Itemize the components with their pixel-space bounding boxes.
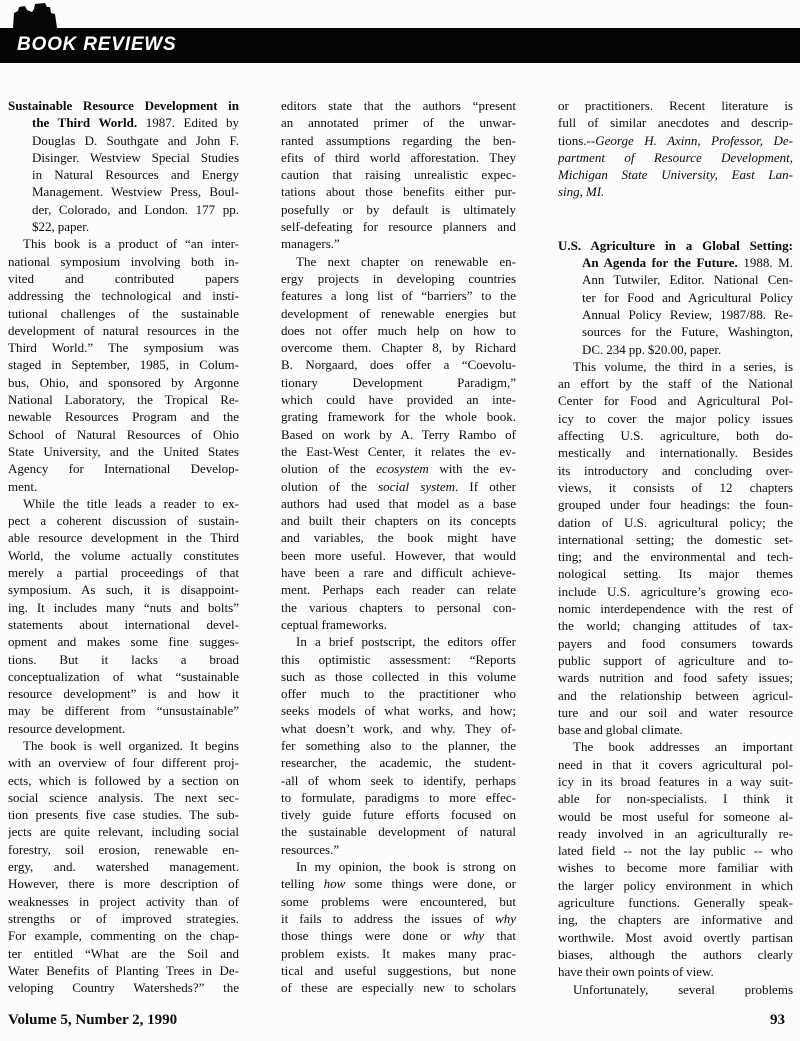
text-line: its introductory and concluding over- bbox=[558, 462, 793, 479]
text-line: tion presents five case studies. The sub… bbox=[8, 806, 239, 823]
text-line: Ann Tutwiler, Editor. National Cen- bbox=[558, 271, 793, 288]
text-line: icy in its broad features in a way suit- bbox=[558, 773, 793, 790]
text-line: veloping Country Watersheds?” the bbox=[8, 979, 239, 996]
text-line: does not offer much help on how to bbox=[281, 322, 516, 339]
text-line: posefully or by default is ultimately bbox=[281, 201, 516, 218]
text-line: offer much to the practitioner who bbox=[281, 685, 516, 702]
text-line: Based on work by A. Terry Rambo of bbox=[281, 426, 516, 443]
text-line: World, the volume actually constitutes bbox=[8, 547, 239, 564]
text-line: in Natural Resources and Energy bbox=[8, 166, 239, 183]
text-line: development of natural resources in the bbox=[8, 322, 239, 339]
text-line: weaknesses in project activity than of bbox=[8, 893, 239, 910]
text-line: efits of third world afforestation. They bbox=[281, 149, 516, 166]
text-line: would be most useful for someone al- bbox=[558, 808, 793, 825]
text-line: editors state that the authors “present bbox=[281, 97, 516, 114]
text-line: views, it consists of 12 chapters bbox=[558, 479, 793, 496]
text-line: tively guide future efforts focused on bbox=[281, 806, 516, 823]
text-line: Third World.” The symposium was bbox=[8, 339, 239, 356]
text-line: Douglas D. Southgate and John F. bbox=[8, 132, 239, 149]
text-line: B. Norgaard, does offer a “Coevolu- bbox=[281, 356, 516, 373]
text-line: or practitioners. Recent literature is bbox=[558, 97, 793, 114]
text-line: However, there is more description of bbox=[8, 875, 239, 892]
text-line: to formulate, paradigms to more effec- bbox=[281, 789, 516, 806]
text-line: the world; changing attitudes of tax- bbox=[558, 617, 793, 634]
text-line: been more useful. However, that would bbox=[281, 547, 516, 564]
text-line: tionary Development Paradigm,” bbox=[281, 374, 516, 391]
text-line: ment. Perhaps each reader can relate bbox=[281, 581, 516, 598]
text-line: ects, which is followed by a section on bbox=[8, 772, 239, 789]
text-line: In my opinion, the book is strong on bbox=[281, 858, 516, 875]
text-line: researcher, the academic, the student- bbox=[281, 754, 516, 771]
text-line: Michigan State University, East Lan- bbox=[558, 166, 793, 183]
text-line: olution of the social system. If other bbox=[281, 478, 516, 495]
text-line: include U.S. agriculture’s growing eco- bbox=[558, 583, 793, 600]
text-line: staged in September, 1985, in Colum- bbox=[8, 356, 239, 373]
text-line: ter entitled “What are the Soil and bbox=[8, 945, 239, 962]
text-line: resources.” bbox=[281, 841, 516, 858]
text-line: opment and makes some fine sugges- bbox=[8, 633, 239, 650]
text-line: development of renewable energies but bbox=[281, 305, 516, 322]
text-line: ter for Food and Agricultural Policy bbox=[558, 289, 793, 306]
text-line: some problems were encountered, but bbox=[281, 893, 516, 910]
text-line: problem exists. It makes many prac- bbox=[281, 945, 516, 962]
text-line: affecting U.S. agriculture, both do- bbox=[558, 427, 793, 444]
column-3: or practitioners. Recent literature isfu… bbox=[558, 97, 793, 998]
text-line: able resource development in the Third bbox=[8, 529, 239, 546]
text-line: with an overview of four different proj- bbox=[8, 754, 239, 771]
text-line: agriculture functions. Generally speak- bbox=[558, 894, 793, 911]
text-line: symposium. As such, it is disappoint- bbox=[8, 581, 239, 598]
text-line: wards nutrition and food safety issues; bbox=[558, 669, 793, 686]
text-line: it fails to address the issues of why bbox=[281, 910, 516, 927]
text-line bbox=[558, 219, 793, 237]
text-line: public support of agriculture and to- bbox=[558, 652, 793, 669]
text-line: caution that raising unrealistic expec- bbox=[281, 166, 516, 183]
text-line: resource development” is and how it bbox=[8, 685, 239, 702]
text-line: the larger policy environment in which bbox=[558, 877, 793, 894]
text-line: tations about those benefits either pur- bbox=[281, 183, 516, 200]
text-line: need in that it covers agricultural pol- bbox=[558, 756, 793, 773]
text-line: In a brief postscript, the editors offer bbox=[281, 633, 516, 650]
text-line: payers and food consumers towards bbox=[558, 635, 793, 652]
text-line: dation of U.S. agricultural policy; the bbox=[558, 514, 793, 531]
text-line: an effort by the staff of the National bbox=[558, 375, 793, 392]
text-line: vited and contributed papers bbox=[8, 270, 239, 287]
text-line: newable Resources Program and the bbox=[8, 408, 239, 425]
text-line: have their own points of view. bbox=[558, 963, 793, 980]
text-line: able for non-specialists. I think it bbox=[558, 790, 793, 807]
text-line: ment. bbox=[8, 478, 239, 495]
text-line: of these are especially new to scholars bbox=[281, 979, 516, 996]
text-line: ing. It includes many “nuts and bolts” bbox=[8, 599, 239, 616]
text-line: While the title leads a reader to ex- bbox=[8, 495, 239, 512]
review-columns: Sustainable Resource Development inthe T… bbox=[8, 97, 793, 998]
column-1: Sustainable Resource Development inthe T… bbox=[8, 97, 239, 998]
text-line: U.S. Agriculture in a Global Setting: bbox=[558, 237, 793, 254]
text-line: The book is well organized. It begins bbox=[8, 737, 239, 754]
text-line: ready involved in an agriculturally re- bbox=[558, 825, 793, 842]
text-line: may be different from “unsustainable” bbox=[8, 702, 239, 719]
text-line: addressing the technological and insti- bbox=[8, 287, 239, 304]
text-line: $22, paper. bbox=[8, 218, 239, 235]
text-line: ergy, and. watershed management. bbox=[8, 858, 239, 875]
text-line: this optimistic assessment: “Reports bbox=[281, 651, 516, 668]
book-reviews-banner: BOOK REVIEWS bbox=[0, 28, 800, 63]
publisher-logo-mark-icon bbox=[12, 2, 59, 28]
text-line: social science analysis. The next sec- bbox=[8, 789, 239, 806]
text-line: those things were done or why that bbox=[281, 927, 516, 944]
text-line: and variables, the book might have bbox=[281, 529, 516, 546]
text-line: and built their chapters on its concepts bbox=[281, 512, 516, 529]
text-line: grouped under four headings: the foun- bbox=[558, 496, 793, 513]
page-footer: Volume 5, Number 2, 1990 93 bbox=[8, 1012, 785, 1029]
text-line: partment of Resource Development, bbox=[558, 149, 793, 166]
text-line: State University, and the United States bbox=[8, 443, 239, 460]
text-line: sources for the Future, Washington, bbox=[558, 323, 793, 340]
text-line: tions.--George H. Axinn, Professor, De- bbox=[558, 132, 793, 149]
text-line: Water Benefits of Planting Trees in De- bbox=[8, 962, 239, 979]
banner-title: BOOK REVIEWS bbox=[0, 28, 800, 62]
text-line: biases, although the authors clearly bbox=[558, 946, 793, 963]
text-line: Agency for International Develop- bbox=[8, 460, 239, 477]
text-line: ture and our soil and water resource bbox=[558, 704, 793, 721]
text-line: DC. 234 pp. $20.00, paper. bbox=[558, 341, 793, 358]
page-number: 93 bbox=[770, 1012, 785, 1029]
text-line: pect a coherent discussion of sustain- bbox=[8, 512, 239, 529]
text-line: conceptualization of what “sustainable bbox=[8, 668, 239, 685]
text-line: National Laboratory, the Tropical Re- bbox=[8, 391, 239, 408]
text-line: the East-West Center, it relates the ev- bbox=[281, 443, 516, 460]
text-line: the various chapters to personal con- bbox=[281, 599, 516, 616]
column-2: editors state that the authors “presenta… bbox=[281, 97, 516, 998]
text-line: tions. But it lacks a broad bbox=[8, 651, 239, 668]
text-line: lated field -- not the lay public -- who bbox=[558, 842, 793, 859]
journal-page: BOOK REVIEWS Sustainable Resource Develo… bbox=[0, 0, 800, 1041]
text-line: sing, MI. bbox=[558, 183, 793, 200]
text-line: what doesn’t work, and why. They of- bbox=[281, 720, 516, 737]
text-line: worthwile. Most avoid overtly partisan bbox=[558, 929, 793, 946]
text-line: resource development. bbox=[8, 720, 239, 737]
text-line: For example, commenting on the chap- bbox=[8, 927, 239, 944]
text-line: merely a partial proceedings of that bbox=[8, 564, 239, 581]
text-line: strengths or of improved strategies. bbox=[8, 910, 239, 927]
text-line: Unfortunately, several problems bbox=[558, 981, 793, 998]
text-line: Center for Food and Agricultural Pol- bbox=[558, 392, 793, 409]
text-line: The book addresses an important bbox=[558, 738, 793, 755]
text-line: ranted assumptions regarding the ben- bbox=[281, 132, 516, 149]
text-line: ceptual frameworks. bbox=[281, 616, 516, 633]
text-line: such as those collected in this volume bbox=[281, 668, 516, 685]
text-line: -all of whom seek to identify, perhaps bbox=[281, 772, 516, 789]
text-line: self-defeating for resource planners and bbox=[281, 218, 516, 235]
text-line: and the relationship between agricul- bbox=[558, 687, 793, 704]
text-line: Management. Westview Press, Boul- bbox=[8, 183, 239, 200]
text-line: The next chapter on renewable en- bbox=[281, 253, 516, 270]
text-line: der, Colorado, and London. 177 pp. bbox=[8, 201, 239, 218]
text-line: Annual Policy Review, 1987/88. Re- bbox=[558, 306, 793, 323]
text-line: telling how some things were done, or bbox=[281, 875, 516, 892]
text-line: ing, the chapters are informative and bbox=[558, 911, 793, 928]
text-line: This volume, the third in a series, is bbox=[558, 358, 793, 375]
text-line: features a long list of “barriers” to th… bbox=[281, 287, 516, 304]
text-line: This book is a product of “an inter- bbox=[8, 235, 239, 252]
text-line: mestically and internationally. Besides bbox=[558, 444, 793, 461]
text-line: ting; and the environmental and tech- bbox=[558, 548, 793, 565]
text-line: nological setting. Its major themes bbox=[558, 565, 793, 582]
text-line: the sustainable development of natural bbox=[281, 823, 516, 840]
text-line: authors had used that model as a base bbox=[281, 495, 516, 512]
text-line bbox=[558, 201, 793, 219]
text-line: tical and useful suggestions, but none bbox=[281, 962, 516, 979]
text-line: forestry, soil erosion, renewable en- bbox=[8, 841, 239, 858]
text-line: olution of the ecosystem with the ev- bbox=[281, 460, 516, 477]
text-line: fer something also to the planner, the bbox=[281, 737, 516, 754]
text-line: School of Natural Resources of Ohio bbox=[8, 426, 239, 443]
text-line: have been a rare and difficult achieve- bbox=[281, 564, 516, 581]
text-line: statements about international devel- bbox=[8, 616, 239, 633]
text-line: managers.” bbox=[281, 235, 516, 252]
text-line: wishes to become more familiar with bbox=[558, 859, 793, 876]
text-line: national symposium involving both in- bbox=[8, 253, 239, 270]
text-line: Disinger. Westview Special Studies bbox=[8, 149, 239, 166]
text-line: ergy projects in developing countries bbox=[281, 270, 516, 287]
text-line: overcome them. Chapter 8, by Richard bbox=[281, 339, 516, 356]
text-line: full of similar anecdotes and descrip- bbox=[558, 114, 793, 131]
text-line: the Third World. 1987. Edited by bbox=[8, 114, 239, 131]
text-line: icy to cover the major policy issues bbox=[558, 410, 793, 427]
text-line: bus, Ohio, and sponsored by Argonne bbox=[8, 374, 239, 391]
text-line: base and global climate. bbox=[558, 721, 793, 738]
text-line: international setting; the domestic set- bbox=[558, 531, 793, 548]
text-line: grating framework for the whole book. bbox=[281, 408, 516, 425]
text-line: tutional challenges of the sustainable bbox=[8, 305, 239, 322]
text-line: which could have provided an inte- bbox=[281, 391, 516, 408]
text-line: nomic interdependence with the rest of bbox=[558, 600, 793, 617]
issue-line: Volume 5, Number 2, 1990 bbox=[8, 1012, 177, 1029]
text-line: An Agenda for the Future. 1988. M. bbox=[558, 254, 793, 271]
text-line: seeks models of what works, and how; bbox=[281, 702, 516, 719]
text-line: Sustainable Resource Development in bbox=[8, 97, 239, 114]
text-line: jects are quite relevant, including soci… bbox=[8, 823, 239, 840]
text-line: an annotated primer of the unwar- bbox=[281, 114, 516, 131]
